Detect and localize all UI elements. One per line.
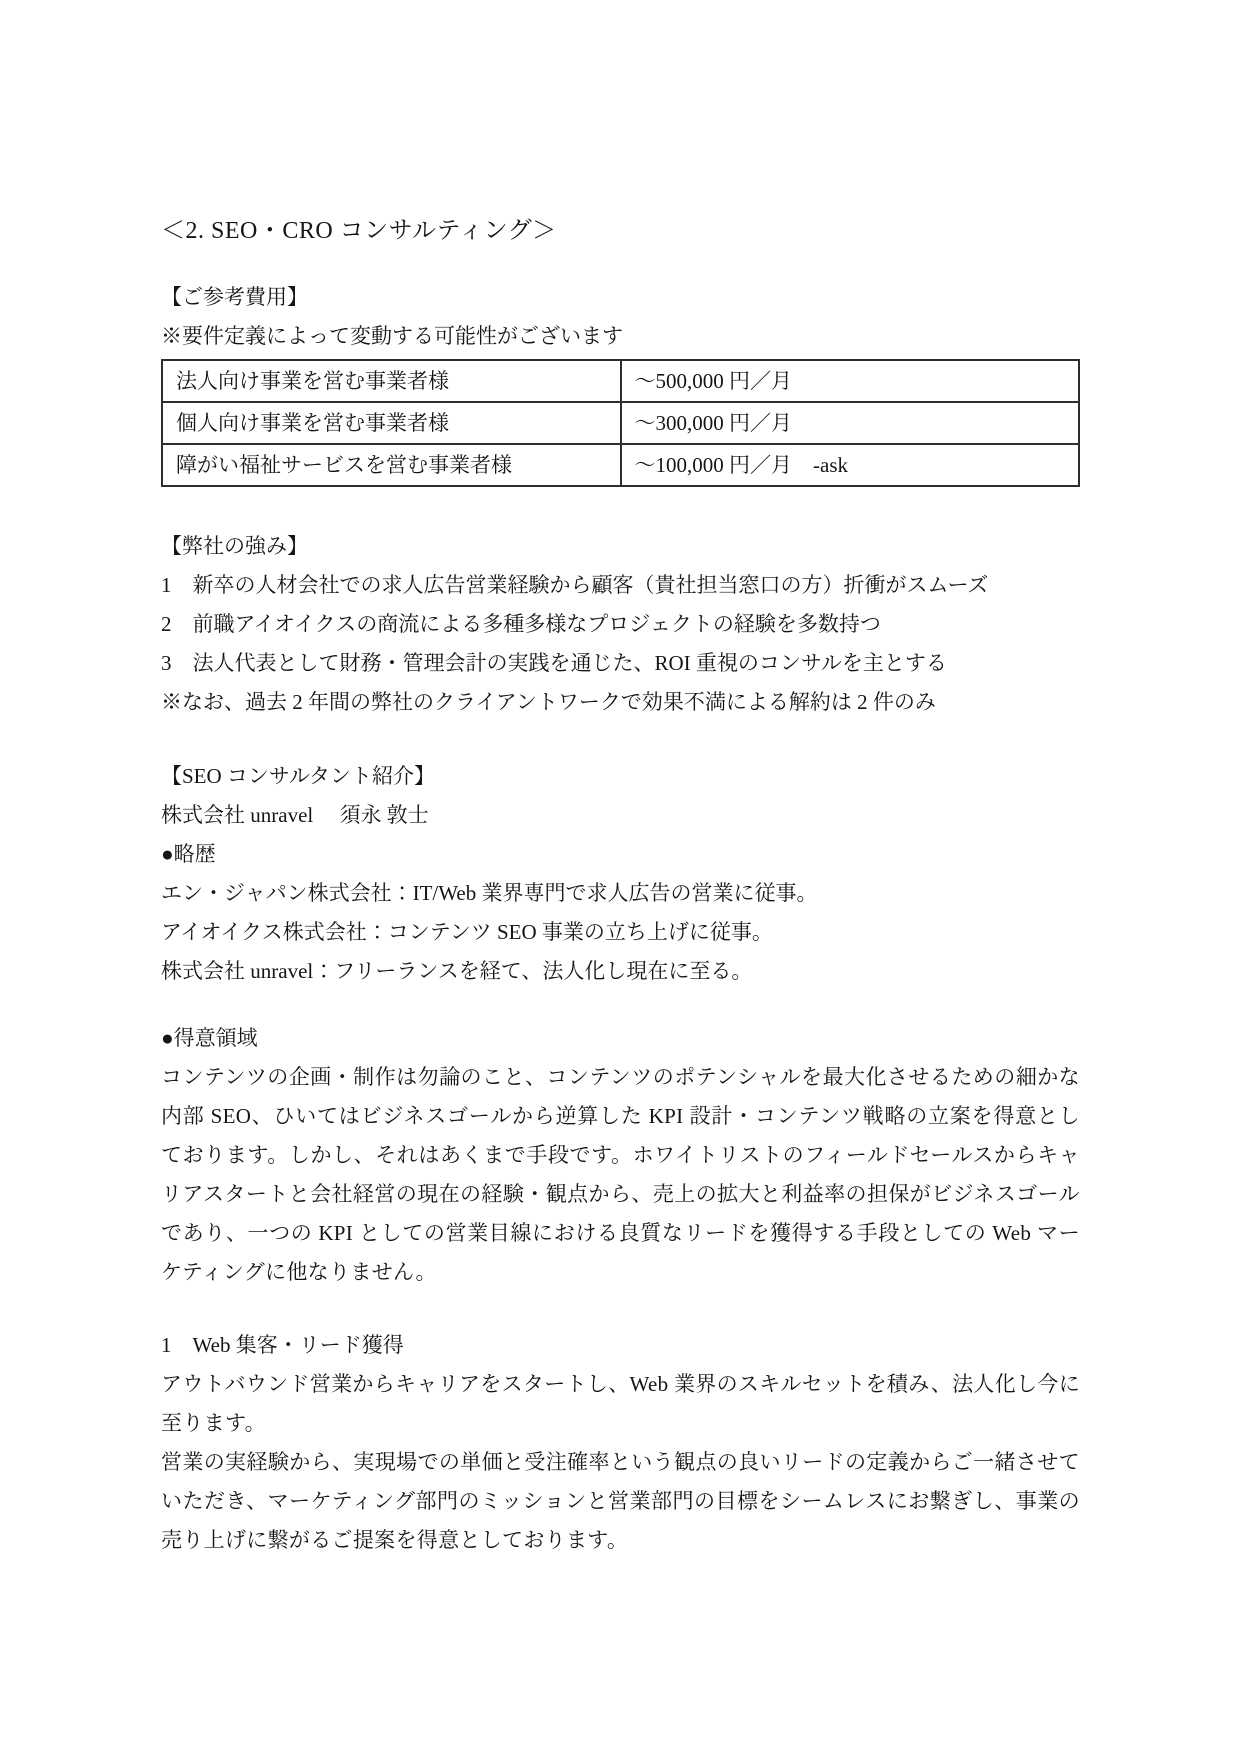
- audience-cell: 法人向け事業を営む事業者様: [162, 360, 621, 402]
- bio-line: エン・ジャパン株式会社：IT/Web 業界専門で求人広告の営業に従事。: [161, 874, 1080, 913]
- audience-cell: 個人向け事業を営む事業者様: [162, 402, 621, 444]
- leadgen-heading: 1 Web 集客・リード獲得: [161, 1326, 1080, 1365]
- consultant-name: 株式会社 unravel 須永 敦士: [161, 796, 1080, 835]
- pricing-table: 法人向け事業を営む事業者様 ～500,000 円／月 個人向け事業を営む事業者様…: [161, 359, 1080, 487]
- leadgen-paragraph: 営業の実経験から、実現場での単価と受注確率という観点の良いリードの定義からご一緒…: [161, 1443, 1080, 1560]
- table-row: 障がい福祉サービスを営む事業者様 ～100,000 円／月 -ask: [162, 444, 1079, 486]
- strength-item: 2 前職アイオイクスの商流による多種多様なプロジェクトの経験を多数持つ: [161, 605, 1080, 644]
- price-cell: ～100,000 円／月 -ask: [621, 444, 1080, 486]
- audience-cell: 障がい福祉サービスを営む事業者様: [162, 444, 621, 486]
- fees-section: 【ご参考費用】 ※要件定義によって変動する可能性がございます 法人向け事業を営む…: [161, 278, 1080, 487]
- consultant-heading: 【SEO コンサルタント紹介】: [161, 757, 1080, 796]
- fees-heading: 【ご参考費用】: [161, 278, 1080, 317]
- document-page: ＜2. SEO・CRO コンサルティング＞ 【ご参考費用】 ※要件定義によって変…: [0, 0, 1241, 1755]
- expertise-body: コンテンツの企画・制作は勿論のこと、コンテンツのポテンシャルを最大化させるための…: [161, 1058, 1080, 1292]
- consultant-section: 【SEO コンサルタント紹介】 株式会社 unravel 須永 敦士 ●略歴 エ…: [161, 757, 1080, 991]
- price-cell: ～500,000 円／月: [621, 360, 1080, 402]
- bio-heading: ●略歴: [161, 835, 1080, 874]
- strength-item: 3 法人代表として財務・管理会計の実践を通じた、ROI 重視のコンサルを主とする: [161, 644, 1080, 683]
- price-cell: ～300,000 円／月: [621, 402, 1080, 444]
- strength-item: 1 新卒の人材会社での求人広告営業経験から顧客（貴社担当窓口の方）折衝がスムーズ: [161, 566, 1080, 605]
- leadgen-paragraph: アウトバウンド営業からキャリアをスタートし、Web 業界のスキルセットを積み、法…: [161, 1365, 1080, 1443]
- table-row: 個人向け事業を営む事業者様 ～300,000 円／月: [162, 402, 1079, 444]
- table-row: 法人向け事業を営む事業者様 ～500,000 円／月: [162, 360, 1079, 402]
- strengths-section: 【弊社の強み】 1 新卒の人材会社での求人広告営業経験から顧客（貴社担当窓口の方…: [161, 527, 1080, 722]
- strengths-note: ※なお、過去 2 年間の弊社のクライアントワークで効果不満による解約は 2 件の…: [161, 683, 1080, 722]
- strengths-heading: 【弊社の強み】: [161, 527, 1080, 566]
- lead-generation-section: 1 Web 集客・リード獲得 アウトバウンド営業からキャリアをスタートし、Web…: [161, 1326, 1080, 1560]
- page-title: ＜2. SEO・CRO コンサルティング＞: [161, 212, 1080, 251]
- expertise-heading: ●得意領域: [161, 1019, 1080, 1058]
- fees-note: ※要件定義によって変動する可能性がございます: [161, 317, 1080, 356]
- bio-line: アイオイクス株式会社：コンテンツ SEO 事業の立ち上げに従事。: [161, 913, 1080, 952]
- expertise-section: ●得意領域 コンテンツの企画・制作は勿論のこと、コンテンツのポテンシャルを最大化…: [161, 1019, 1080, 1292]
- bio-line: 株式会社 unravel：フリーランスを経て、法人化し現在に至る。: [161, 952, 1080, 991]
- document-content: ＜2. SEO・CRO コンサルティング＞ 【ご参考費用】 ※要件定義によって変…: [161, 212, 1080, 1560]
